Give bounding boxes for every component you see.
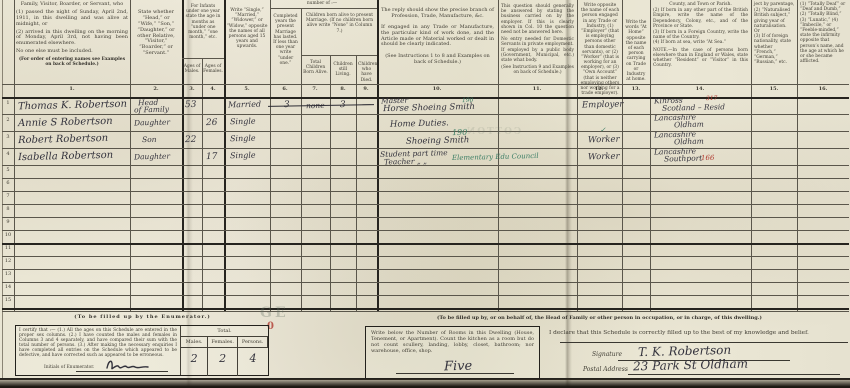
enumerator-certification-box: I certify that :— (1.) All the ages on t… (15, 325, 269, 376)
grid-line (2, 230, 849, 231)
totals-label-males: Males. (181, 337, 208, 348)
grid-line (301, 8, 302, 312)
header-ages-males: Ages of Males. (183, 64, 201, 74)
entry-relationship: Son (142, 135, 157, 144)
entry-name: Thomas K. Robertson (18, 99, 127, 113)
header-col1-item2: (2) arrived in this dwelling on the morn… (16, 30, 128, 48)
column-number-16: 16. (809, 87, 837, 93)
header-ages-females: Ages of Females. (203, 64, 223, 74)
enumerator-totals-table: Total. Males. Females. Persons. 2 2 4 (180, 326, 268, 375)
header-infants-note: For Infants under one year state the age… (184, 4, 222, 40)
header-col15-fragment: ject by parentage, (754, 2, 795, 7)
column-number-12: 12. (585, 87, 613, 93)
entry-relationship: of Family (134, 105, 169, 115)
row-number: 13 (3, 272, 13, 278)
header-col12-employment: Write opposite the name of each person e… (580, 3, 620, 96)
grid-line (2, 204, 849, 205)
header-col11-p3: If employed by a public body (Government… (501, 48, 574, 64)
header-col14-note: NOTE.—In the case of persons born elsewh… (653, 48, 748, 69)
header-col5-condition: Write “Single,” “Married,” “Widower,” or… (226, 8, 268, 50)
enumerator-section-title: (To be filled up by the Enumerator.) (20, 315, 265, 321)
header-col13-at-home: Write the words “At Home” opposite the n… (624, 20, 648, 82)
row-number: 11 (3, 246, 13, 252)
clerk-code-annotation: 317 (706, 95, 718, 102)
header-col11-p4: (See Instruction 9 and Examples on back … (501, 65, 574, 75)
paper-bottom-edge (0, 379, 850, 388)
header-col8-living: Children still Living. (332, 62, 354, 78)
head-section-title: (To be filled up by, or on behalf of, th… (437, 316, 837, 322)
column-number-13: 13. (622, 87, 650, 93)
header-col10-p3: (See Instructions 1 to 8 and Examples on… (381, 54, 494, 66)
clerk-code-annotation: 190 (462, 97, 474, 104)
entry-birthplace: Oldham (674, 120, 704, 130)
totals-value-persons: 4 (238, 348, 268, 376)
paper-edge-line (2, 0, 3, 379)
declaration-text: I declare that this Schedule is correctl… (549, 330, 849, 337)
row-number: 14 (3, 285, 13, 291)
entry-employment-status: Worker (588, 135, 620, 146)
header-col10-occupation: The reply should show the precise branch… (381, 8, 494, 66)
grid-line (377, 0, 379, 312)
column-number-6: 6. (271, 87, 299, 93)
totals-value-males: 2 (181, 348, 208, 376)
grid-line (2, 97, 849, 99)
entry-occupation: Teacher „ „ (384, 156, 427, 166)
grid-line (2, 311, 849, 312)
grid-line (270, 0, 271, 312)
grid-line (797, 0, 798, 312)
grid-line (270, 8, 377, 9)
grid-line (2, 282, 849, 283)
column-number-1: 1. (58, 87, 86, 93)
entry-age-male: 22 (185, 135, 197, 145)
header-col11-industry: This question should generally be answer… (501, 4, 574, 75)
grid-line (2, 295, 849, 296)
signature-label: Signature (592, 351, 622, 358)
row-number: 6 (3, 181, 13, 187)
grid-line (330, 55, 331, 312)
totals-header: Total. (181, 326, 268, 337)
grid-line (650, 0, 651, 312)
column-number-15: 15. (760, 87, 788, 93)
row-number: 2 (3, 118, 13, 124)
grid-line (2, 269, 849, 270)
clerk-code-annotation: 166 (701, 154, 715, 162)
column-number-9: 9. (352, 87, 380, 93)
grid-line (2, 308, 849, 310)
header-col6-years-married: Completed years the present Marriage has… (272, 14, 299, 66)
header-col1-note: No one else must be included. (16, 49, 128, 55)
column-number-10: 10. (423, 87, 451, 93)
clerk-check-mark: ✓ (600, 126, 606, 134)
header-col14-p3: (3) If born in a Foreign Country, write … (653, 30, 748, 40)
totals-label-females: Females. (208, 337, 238, 348)
header-children-group: Children born alive to present Marriage.… (304, 13, 375, 34)
grid-line (182, 0, 184, 312)
header-col15-p2: (2) “Naturalised British subject,” givin… (754, 8, 795, 29)
header-col15-nationality: ject by parentage, (2) “Naturalised Brit… (754, 2, 795, 65)
entry-condition: Single (230, 151, 256, 161)
header-col10-p2: If engaged in any Trade or Manufacture, … (381, 25, 494, 49)
header-col14-p4: (4) If born at sea, write “At Sea.” (653, 40, 748, 45)
entry-age-female: 17 (206, 152, 218, 162)
grid-line (2, 84, 849, 85)
rooms-count-value: Five (444, 359, 473, 375)
header-col14-birthplace: County, and Town or Parish. (2) If born … (653, 2, 748, 68)
row-number: 3 (3, 135, 13, 141)
column-number-7: 7. (301, 87, 329, 93)
column-number-14: 14. (686, 87, 714, 93)
grid-line (2, 217, 849, 218)
entry-age-male: 53 (185, 100, 197, 110)
row-number: 12 (3, 259, 13, 265)
column-number-4: 4. (199, 87, 227, 93)
header-col1-item1: (1) passed the night of Sunday, April 2n… (16, 10, 128, 28)
totals-value-females: 2 (208, 348, 238, 376)
enumerator-certification-text: I certify that :— (1.) All the ages on t… (16, 326, 180, 375)
header-col2-relationship: State whether “Head,” or “Wife,” “Son,” … (133, 10, 179, 57)
column-number-11: 11. (523, 87, 551, 93)
entry-birthplace: Southport (664, 154, 702, 164)
grid-line (2, 191, 849, 192)
totals-label-persons: Persons. (238, 337, 268, 348)
entry-birthplace: Scotland – Resid (662, 102, 725, 113)
initials-rule (76, 371, 168, 372)
entry-occupation: Home Duties. (390, 118, 449, 129)
enumerator-initials-label: Initials of Enumerator. (44, 365, 94, 370)
rooms-instructions: Write below the Number of Rooms in this … (366, 327, 539, 354)
grid-line (622, 0, 623, 312)
postal-address-value: 23 Park St Oldham (633, 357, 748, 374)
header-col9-died: Children who have Died. (358, 62, 375, 83)
header-col16-infirmity: (1) “Totally Deaf” or “Deaf and Dumb,” (… (800, 2, 847, 64)
header-col1-footnote: (For order of entering names see Example… (16, 57, 128, 67)
entry-relationship: Daughter (134, 118, 170, 128)
column-number-2: 2. (142, 87, 170, 93)
rooms-count-box: Write below the Number of Rooms in this … (365, 326, 540, 379)
entry-age-female: 26 (206, 118, 218, 128)
postal-address-label: Postal Address (583, 366, 628, 373)
grid-line (2, 114, 849, 115)
rooms-value-rule (396, 373, 514, 374)
entry-name: Annie S Robertson (18, 116, 113, 129)
grid-line (2, 131, 849, 132)
grid-line (356, 55, 357, 312)
entry-name: Isabella Robertson (18, 150, 113, 163)
grid-line (751, 0, 752, 312)
header-marriage-group-fragment: number of :— (292, 1, 352, 6)
bleed-through-stamp: COTTON (465, 127, 521, 137)
entry-name: Robert Robertson (18, 133, 108, 146)
clerk-industry-annotation: Elementary Edu Council (452, 152, 539, 162)
row-number: 8 (3, 207, 13, 213)
header-col11-p1: This question should generally be answer… (501, 4, 574, 35)
row-number: 10 (3, 233, 13, 239)
header-col7-born: Total Children Born Alive. (303, 60, 328, 76)
entry-condition: Single (230, 117, 256, 127)
grid-line (301, 55, 377, 56)
header-col1-instructions: Family, Visitor, Boarder, or Servant, wh… (16, 2, 128, 68)
enumerator-initials-scribble (104, 357, 156, 371)
row-number: 5 (3, 168, 13, 174)
grid-line (14, 0, 15, 312)
header-col15-p4: (3) If of foreign nationality, state whe… (754, 34, 795, 65)
grid-line (130, 0, 131, 312)
header-col1-intro: Family, Visitor, Boarder, or Servant, wh… (16, 2, 128, 8)
header-col14-p2: (2) If born in any other part of the Bri… (653, 8, 748, 29)
row-number: 7 (3, 194, 13, 200)
grid-line (577, 0, 578, 312)
row-number: 4 (3, 152, 13, 158)
grid-line (2, 256, 849, 257)
entry-employment-status: Employer (582, 99, 624, 110)
entry-relationship: Daughter (134, 152, 170, 162)
entry-condition: Married (228, 100, 261, 110)
census-schedule-scan: Family, Visitor, Boarder, or Servant, wh… (0, 0, 850, 388)
entry-condition: Single (230, 134, 256, 144)
grid-line (2, 178, 849, 179)
row-number: 15 (3, 298, 13, 304)
address-rule (628, 374, 840, 375)
header-col10-p1: The reply should show the precise branch… (381, 8, 494, 20)
grid-line (2, 243, 849, 245)
column-number-5: 5. (233, 87, 261, 93)
header-col11-p2: No entry needed for Domestic Servants in… (501, 37, 574, 47)
header-col14-p1: County, and Town or Parish. (653, 2, 748, 7)
row-number: 1 (3, 101, 13, 107)
entry-employment-status: Worker (588, 152, 620, 163)
row-number: 9 (3, 220, 13, 226)
entry-birthplace: Oldham (674, 137, 704, 147)
